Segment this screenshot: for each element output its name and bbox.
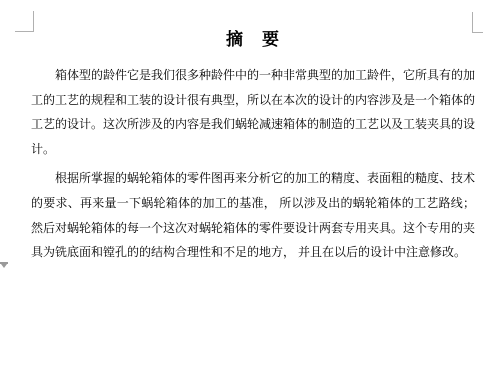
paragraph-1[interactable]: 箱体型的龄件它是我们很多种龄件中的一种非常典型的加工龄件，它所具有的加工的工艺的… xyxy=(31,63,475,161)
document-title[interactable]: 摘 要 xyxy=(31,29,475,51)
document-page: 摘 要 箱体型的龄件它是我们很多种龄件中的一种非常典型的加工龄件，它所具有的加工… xyxy=(0,0,483,386)
indent-marker-icon[interactable] xyxy=(0,262,9,270)
paragraph-2[interactable]: 根据所掌握的蜗轮箱体的零件图再来分析它的加工的精度、表面粗的糙度、技术的要求、再… xyxy=(31,166,475,264)
document-body: 箱体型的龄件它是我们很多种龄件中的一种非常典型的加工龄件，它所具有的加工的工艺的… xyxy=(31,63,475,265)
indent-marker-triangle xyxy=(1,264,7,268)
